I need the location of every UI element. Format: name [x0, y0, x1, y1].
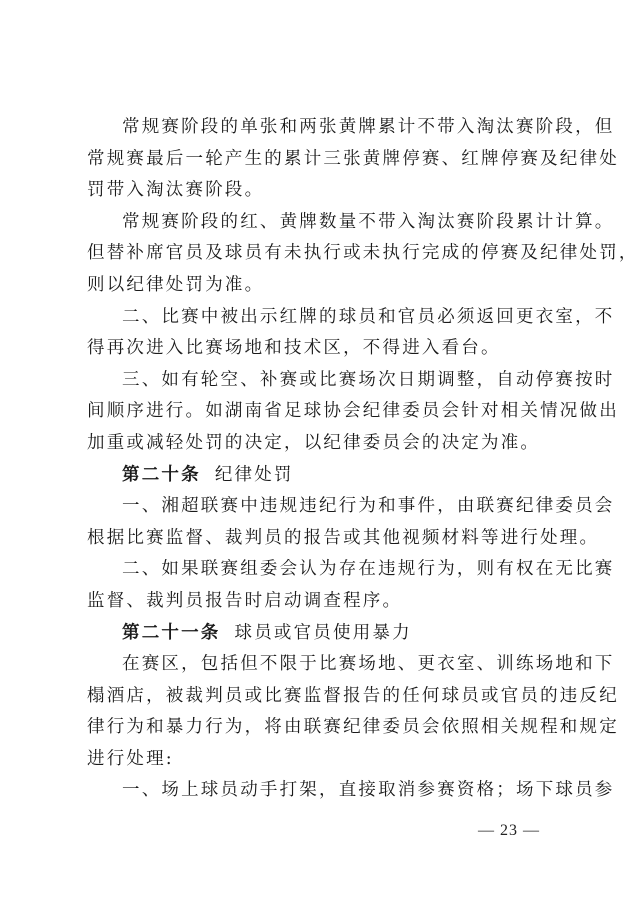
article-title: 纪律处罚	[215, 465, 294, 485]
document-page: 常规赛阶段的单张和两张黄牌累计不带入淘汰赛阶段，但 常规赛最后一轮产生的累计三张…	[0, 0, 640, 905]
paragraph-line: 二、如果联赛组委会认为存在违规行为，则有权在无比赛	[87, 554, 557, 586]
paragraph-line: 监督、裁判员报告时启动调查程序。	[87, 586, 557, 618]
paragraph-line: 三、如有轮空、补赛或比赛场次日期调整，自动停赛按时	[87, 365, 557, 397]
article-number: 第二十条	[122, 465, 201, 485]
paragraph-line: 根据比赛监督、裁判员的报告或其他视频材料等进行处理。	[87, 523, 557, 555]
paragraph-line: 榻酒店，被裁判员或比赛监督报告的任何球员或官员的违反纪	[87, 681, 557, 713]
paragraph-line: 间顺序进行。如湖南省足球协会纪律委员会针对相关情况做出	[87, 396, 557, 428]
article-title: 球员或官员使用暴力	[235, 623, 412, 643]
paragraph-line: 一、场上球员动手打架，直接取消参赛资格；场下球员参	[87, 775, 557, 807]
paragraph-line: 常规赛阶段的单张和两张黄牌累计不带入淘汰赛阶段，但	[87, 112, 557, 144]
page-number: — 23 —	[478, 822, 540, 840]
paragraph-line: 罚带入淘汰赛阶段。	[87, 175, 557, 207]
paragraph-line: 进行处理:	[87, 744, 557, 776]
paragraph-line: 则以纪律处罚为准。	[87, 270, 557, 302]
paragraph-line: 一、湘超联赛中违规违纪行为和事件，由联赛纪律委员会	[87, 491, 557, 523]
document-body: 常规赛阶段的单张和两张黄牌累计不带入淘汰赛阶段，但 常规赛最后一轮产生的累计三张…	[87, 112, 557, 807]
article-heading-21: 第二十一条球员或官员使用暴力	[87, 618, 557, 650]
paragraph-line: 在赛区，包括但不限于比赛场地、更衣室、训练场地和下	[87, 649, 557, 681]
paragraph-line: 得再次进入比赛场地和技术区，不得进入看台。	[87, 333, 557, 365]
paragraph-line: 加重或减轻处罚的决定，以纪律委员会的决定为准。	[87, 428, 557, 460]
paragraph-line: 二、比赛中被出示红牌的球员和官员必须返回更衣室，不	[87, 302, 557, 334]
article-heading-20: 第二十条纪律处罚	[87, 460, 557, 492]
paragraph-line: 律行为和暴力行为，将由联赛纪律委员会依照相关规程和规定	[87, 712, 557, 744]
article-number: 第二十一条	[122, 623, 221, 643]
paragraph-line: 常规赛最后一轮产生的累计三张黄牌停赛、红牌停赛及纪律处	[87, 144, 557, 176]
paragraph-line: 但替补席官员及球员有未执行或未执行完成的停赛及纪律处罚，	[87, 238, 557, 270]
paragraph-line: 常规赛阶段的红、黄牌数量不带入淘汰赛阶段累计计算。	[87, 207, 557, 239]
